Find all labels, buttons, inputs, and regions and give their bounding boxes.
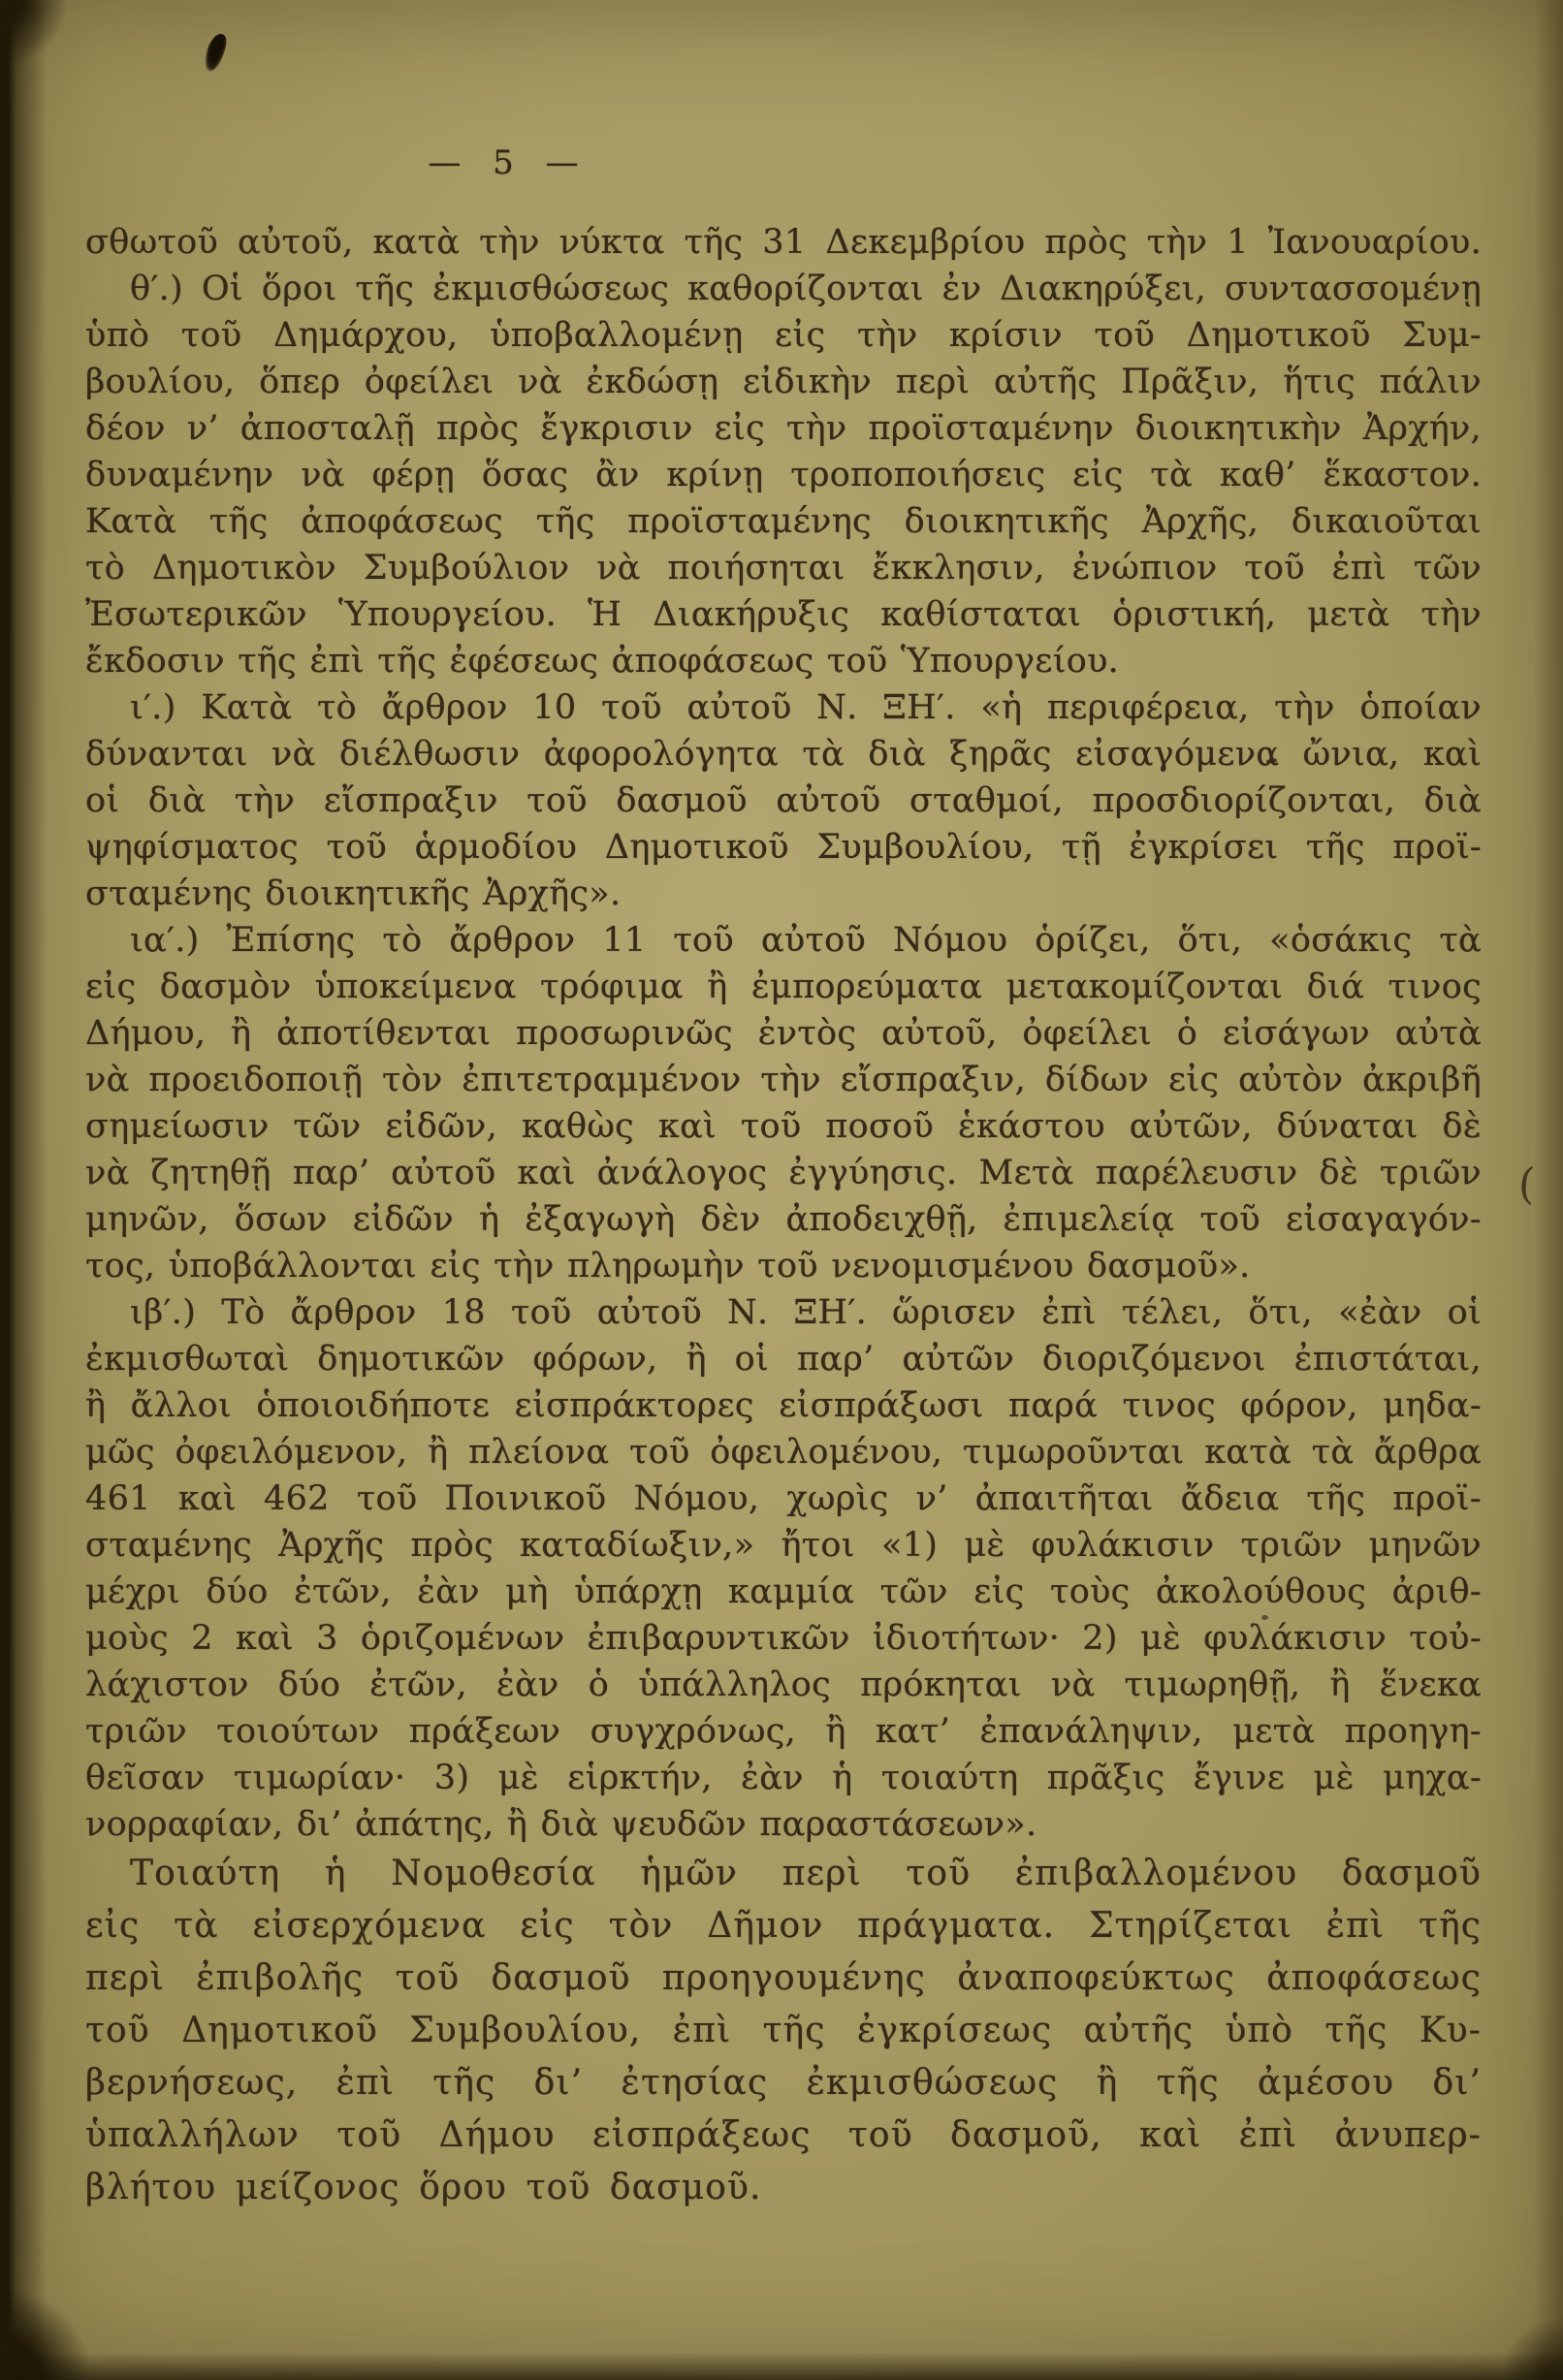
scan-edge-shadow — [0, 0, 47, 2380]
text-line: Τοιαύτη ἡ Νομοθεσία ἡμῶν περὶ τοῦ ἐπιβαλ… — [85, 1848, 1482, 1900]
text-line: σταμένης διοικητικῆς Ἀρχῆς». — [85, 871, 1482, 917]
text-line: σταμένης Ἀρχῆς πρὸς καταδίωξιν,» ἤτοι «1… — [85, 1522, 1482, 1569]
text-line: οἱ διὰ τὴν εἴσπραξιν τοῦ δασμοῦ αὐτοῦ στ… — [85, 777, 1482, 824]
text-line: ια′.) Ἐπίσης τὸ ἄρθρον 11 τοῦ αὐτοῦ Νόμο… — [85, 917, 1482, 964]
text-line: ἔκδοσιν τῆς ἐπὶ τῆς ἐφέσεως ἀποφάσεως το… — [85, 638, 1482, 684]
margin-mark: ( — [1517, 1159, 1537, 1210]
text-line: τριῶν τοιούτων πράξεων συγχρόνως, ἢ κατ’… — [85, 1708, 1482, 1755]
text-line: τὸ Δημοτικὸν Συμβούλιον νὰ ποιήσηται ἔκκ… — [85, 545, 1482, 591]
text-line: ὑπαλλήλων τοῦ Δήμου εἰσπράξεως τοῦ δασμο… — [85, 2110, 1482, 2162]
text-line: μοὺς 2 καὶ 3 ὁριζομένων ἐπιβαρυντικῶν ἰδ… — [85, 1615, 1482, 1662]
text-line: θεῖσαν τιμωρίαν· 3) μὲ εἱρκτήν, ἐὰν ἡ το… — [85, 1755, 1482, 1801]
text-line: Ἐσωτερικῶν Ὑπουργείου. Ἡ Διακήρυξις καθί… — [85, 591, 1482, 638]
text-line: βουλίου, ὅπερ ὀφείλει νὰ ἐκδώσῃ εἰδικὴν … — [85, 359, 1482, 405]
text-line: λάχιστον δύο ἐτῶν, ἐὰν ὁ ὑπάλληλος πρόκη… — [85, 1662, 1482, 1708]
text-line: εἰς τὰ εἰσερχόμενα εἰς τὸν Δῆμον πράγματ… — [85, 1900, 1482, 1952]
text-line: περὶ ἐπιβολῆς τοῦ δασμοῦ προηγουμένης ἀν… — [85, 1952, 1482, 2005]
text-block: σθωτοῦ αὐτοῦ, κατὰ τὴν νύκτα τῆς 31 Δεκε… — [85, 219, 1482, 2214]
ink-smudge — [202, 31, 229, 73]
scan-edge-shadow — [1534, 0, 1563, 2380]
text-line: νορραφίαν, δι’ ἀπάτης, ἢ διὰ ψευδῶν παρα… — [85, 1801, 1482, 1848]
text-line: βερνήσεως, ἐπὶ τῆς δι’ ἐτησίας ἐκμισθώσε… — [85, 2057, 1482, 2110]
text-line: ὑπὸ τοῦ Δημάρχου, ὑποβαλλομένῃ εἰς τὴν κ… — [85, 312, 1482, 359]
text-line: δυναμένην νὰ φέρῃ ὅσας ἂν κρίνῃ τροποποι… — [85, 452, 1482, 498]
text-line: δέον ν’ ἀποσταλῇ πρὸς ἔγκρισιν εἰς τὴν π… — [85, 405, 1482, 452]
text-line: τοῦ Δημοτικοῦ Συμβουλίου, ἐπὶ τῆς ἐγκρίσ… — [85, 2005, 1482, 2057]
text-line: μηνῶν, ὅσων εἰδῶν ἡ ἐξαγωγὴ δὲν ἀποδειχθ… — [85, 1196, 1482, 1243]
page-number: — 5 — — [85, 143, 923, 182]
text-line: 461 καὶ 462 τοῦ Ποινικοῦ Νόμου, χωρὶς ν’… — [85, 1476, 1482, 1522]
text-line: ψηφίσματος τοῦ ἁρμοδίου Δημοτικοῦ Συμβου… — [85, 824, 1482, 871]
text-line: Κατὰ τῆς ἀποφάσεως τῆς προϊσταμένης διοι… — [85, 498, 1482, 545]
text-line: ἐκμισθωταὶ δημοτικῶν φόρων, ἢ οἱ παρ’ αὐ… — [85, 1336, 1482, 1382]
text-line: θ′.) Οἱ ὅροι τῆς ἐκμισθώσεως καθορίζοντα… — [85, 266, 1482, 312]
scan-edge-shadow — [0, 2353, 1563, 2380]
text-line: Δήμου, ἢ ἀποτίθενται προσωρινῶς ἐντὸς αὐ… — [85, 1010, 1482, 1057]
text-line: δύνανται νὰ διέλθωσιν ἀφορολόγητα τὰ διὰ… — [85, 731, 1482, 777]
text-line: βλήτου μείζονος ὅρου τοῦ δασμοῦ. — [85, 2162, 1482, 2214]
text-line: νὰ προειδοποιῇ τὸν ἐπιτετραμμένον τὴν εἴ… — [85, 1057, 1482, 1103]
text-line: τος, ὑποβάλλονται εἰς τὴν πληρωμὴν τοῦ ν… — [85, 1243, 1482, 1289]
text-line: ι′.) Κατὰ τὸ ἄρθρον 10 τοῦ αὐτοῦ Ν. ΞΗ′.… — [85, 684, 1482, 731]
text-line: εἰς δασμὸν ὑποκείμενα τρόφιμα ἢ ἐμπορεύμ… — [85, 964, 1482, 1010]
text-line: μῶς ὀφειλόμενον, ἢ πλείονα τοῦ ὀφειλομέν… — [85, 1429, 1482, 1476]
scanned-page: — 5 — σθωτοῦ αὐτοῦ, κατὰ τὴν νύκτα τῆς 3… — [0, 0, 1563, 2380]
text-line: ἢ ἄλλοι ὁποιοιδήποτε εἰσπράκτορες εἰσπρά… — [85, 1382, 1482, 1429]
text-line: σθωτοῦ αὐτοῦ, κατὰ τὴν νύκτα τῆς 31 Δεκε… — [85, 219, 1482, 266]
text-line: μέχρι δύο ἐτῶν, ἐὰν μὴ ὑπάρχῃ καμμία τῶν… — [85, 1569, 1482, 1615]
text-line: νὰ ζητηθῇ παρ’ αὐτοῦ καὶ ἀνάλογος ἐγγύησ… — [85, 1150, 1482, 1196]
text-line: σημείωσιν τῶν εἰδῶν, καθὼς καὶ τοῦ ποσοῦ… — [85, 1103, 1482, 1150]
text-line: ιβ′.) Τὸ ἄρθρον 18 τοῦ αὐτοῦ Ν. ΞΗ′. ὥρι… — [85, 1289, 1482, 1336]
